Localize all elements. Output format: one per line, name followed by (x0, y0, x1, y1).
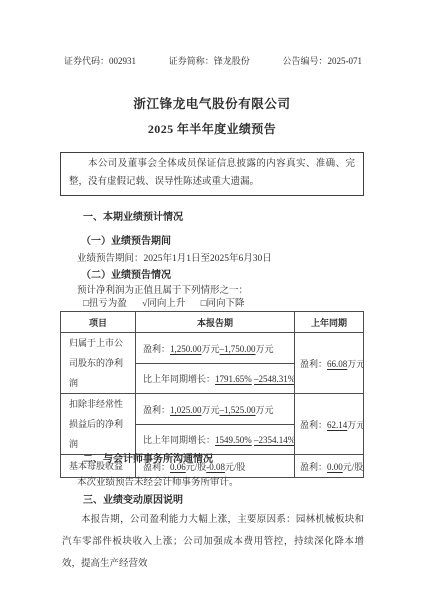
text-segment: 元/股 (343, 462, 364, 472)
text-segment: 1549.50% (215, 435, 252, 445)
table-header-row: 项目 本报告期 上年同期 (61, 312, 364, 333)
row-item-deducted-net-profit: 扣除非经常性损益后的净利润 (61, 394, 136, 455)
forecast-period-text: 业绩预告期间：2025年1月1日至2025年6月30日 (77, 250, 272, 264)
announcement-page: 证券代码：002931 证券简称：锋龙股份 公告编号：2025-071 浙江锋龙… (0, 0, 424, 600)
text-segment: 万元 (256, 344, 274, 354)
text-segment: –2354.14% (254, 435, 294, 445)
text-segment: 62.14 (327, 420, 347, 430)
text-segment: 比上年同期增长： (143, 374, 215, 384)
deducted-profit-current-range: 盈利：1,025.00万元–1,525.00万元 (136, 394, 295, 425)
text-segment: 66.08 (327, 359, 347, 369)
text-segment: 0.00 (327, 462, 343, 472)
text-segment: 比上年同期增长： (143, 435, 215, 445)
text-segment: –1,525.00 (220, 405, 256, 415)
section-3-heading: 三、业绩变动原因说明 (83, 491, 183, 506)
disclaimer-box: 本公司及董事会全体成员保证信息披露的内容真实、准确、完整，没有虚假记载、误导性陈… (60, 152, 364, 196)
text-segment: 盈利： (143, 405, 170, 415)
audit-status-text: 本次业绩预告未经会计师事务所审计。 (77, 474, 239, 488)
section-1-2-heading: （二）业绩预告情况 (81, 266, 171, 281)
reason-paragraph: 本报告期，公司盈利能力大幅上涨，主要原因系：园林机械板块和汽车零部件板块收入上涨… (62, 509, 364, 575)
text-segment: 盈利： (300, 420, 327, 430)
stock-code-text: 证券代码：002931 (64, 54, 136, 67)
section-1-1-heading: （一）业绩预告期间 (81, 232, 171, 247)
text-segment: 盈利： (300, 462, 327, 472)
eps-prior-value: 盈利：0.00元/股 (295, 455, 364, 478)
text-segment: 1,250.00 (170, 344, 202, 354)
col-header-item: 项目 (61, 312, 136, 333)
text-segment: 元/股 (225, 462, 246, 472)
table-row: 扣除非经常性损益后的净利润 盈利：1,025.00万元–1,525.00万元 盈… (61, 394, 364, 425)
table-row: 归属于上市公司股东的净利润 盈利：1,250.00万元–1,750.00万元 盈… (61, 333, 364, 364)
section-2-heading: 二、与会计师事务所沟通情况 (83, 450, 213, 465)
text-segment: –2548.31% (254, 374, 294, 384)
section-1-heading: 一、本期业绩预计情况 (83, 208, 183, 223)
net-profit-growth-range: 比上年同期增长：1791.65% –2548.31% (136, 364, 295, 394)
text-segment: 盈利： (143, 344, 170, 354)
net-profit-prior-value: 盈利：66.08万元 (295, 333, 364, 394)
net-profit-current-range: 盈利：1,250.00万元–1,750.00万元 (136, 333, 295, 364)
text-segment: –1,750.00 (220, 344, 256, 354)
deducted-profit-prior-value: 盈利：62.14万元 (295, 394, 364, 455)
option-turn-loss-to-profit: □扭亏为盈 (83, 299, 127, 309)
text-segment: 万元 (256, 405, 274, 415)
text-segment: 万元 (202, 344, 220, 354)
option-same-direction-down: □同向下降 (201, 299, 245, 309)
forecast-intro-text: 预计净利润为正值且属于下列情形之一： (77, 282, 248, 296)
announcement-number-text: 公告编号：2025-071 (283, 54, 363, 67)
col-header-current-period: 本报告期 (136, 312, 295, 333)
text-segment: 1791.65% (215, 374, 252, 384)
col-header-prior-period: 上年同期 (295, 312, 364, 333)
row-item-net-profit: 归属于上市公司股东的净利润 (61, 333, 136, 394)
text-segment: 1,025.00 (170, 405, 202, 415)
text-segment: 盈利： (300, 359, 327, 369)
text-segment: 万元 (347, 420, 363, 430)
option-same-direction-up-checked: √同向上升 (142, 299, 185, 309)
forecast-type-options: □扭亏为盈 √同向上升 □同向下降 (83, 295, 257, 309)
text-segment: 万元 (347, 359, 363, 369)
company-title: 浙江锋龙电气股份有限公司 (0, 94, 424, 112)
doc-header: 证券代码：002931 证券简称：锋龙股份 公告编号：2025-071 (64, 54, 362, 67)
stock-name-text: 证券简称：锋龙股份 (169, 54, 250, 67)
page-title: 2025 年半年度业绩预告 (0, 120, 424, 137)
text-segment: 万元 (202, 405, 220, 415)
